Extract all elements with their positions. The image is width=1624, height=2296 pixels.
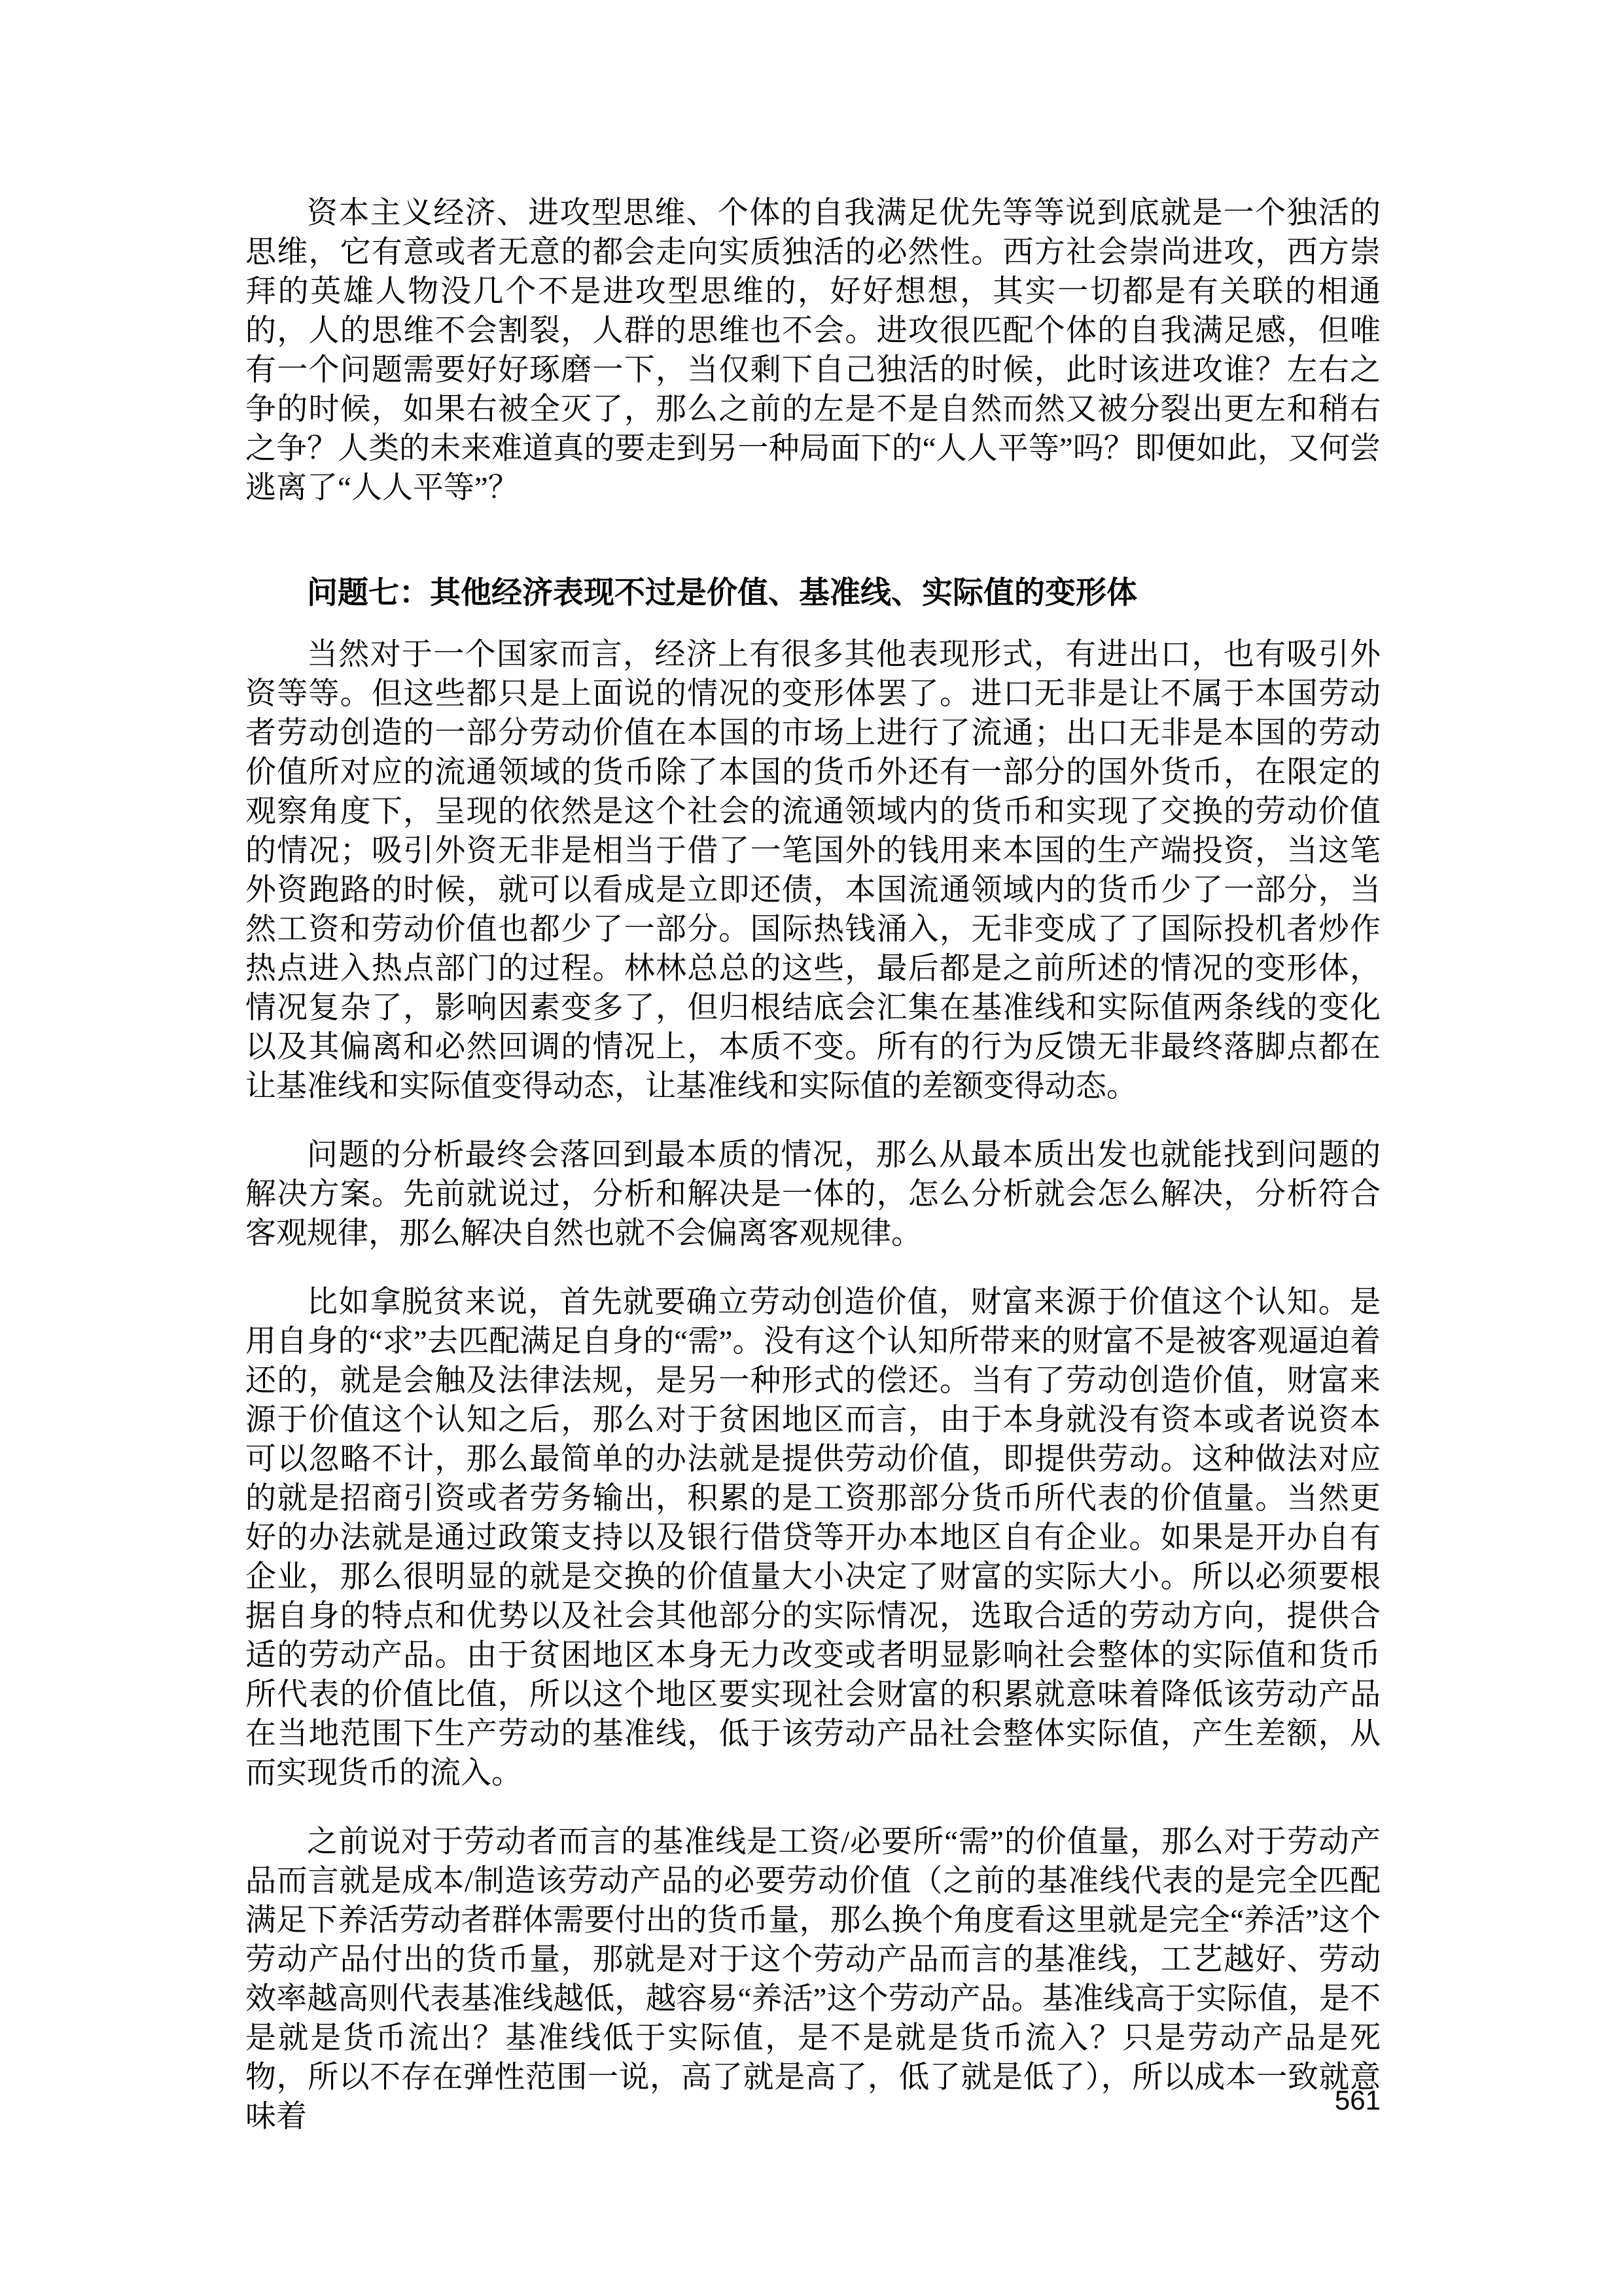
paragraph-poverty-alleviation: 比如拿脱贫来说，首先就要确立劳动创造价值，财富来源于价值这个认知。是用自身的“求…	[245, 1283, 1381, 1793]
paragraph-import-export-foreign-capital: 当然对于一个国家而言，经济上有很多其他表现形式，有进出口，也有吸引外资等等。但这…	[245, 635, 1381, 1106]
paragraph-capitalist-economy: 资本主义经济、进攻型思维、个体的自我满足优先等等说到底就是一个独活的思维，它有意…	[245, 194, 1381, 508]
paragraph-analysis-essence: 问题的分析最终会落回到最本质的情况，那么从最本质出发也就能找到问题的解决方案。先…	[245, 1136, 1381, 1253]
page-number: 561	[245, 2084, 1381, 2117]
document-page: { "document": { "colors": { "background"…	[0, 0, 1624, 2296]
section-heading-question-seven: 问题七：其他经济表现不过是价值、基准线、实际值的变形体	[245, 573, 1381, 612]
page-body: 资本主义经济、进攻型思维、个体的自我满足优先等等说到底就是一个独活的思维，它有意…	[245, 194, 1381, 2166]
